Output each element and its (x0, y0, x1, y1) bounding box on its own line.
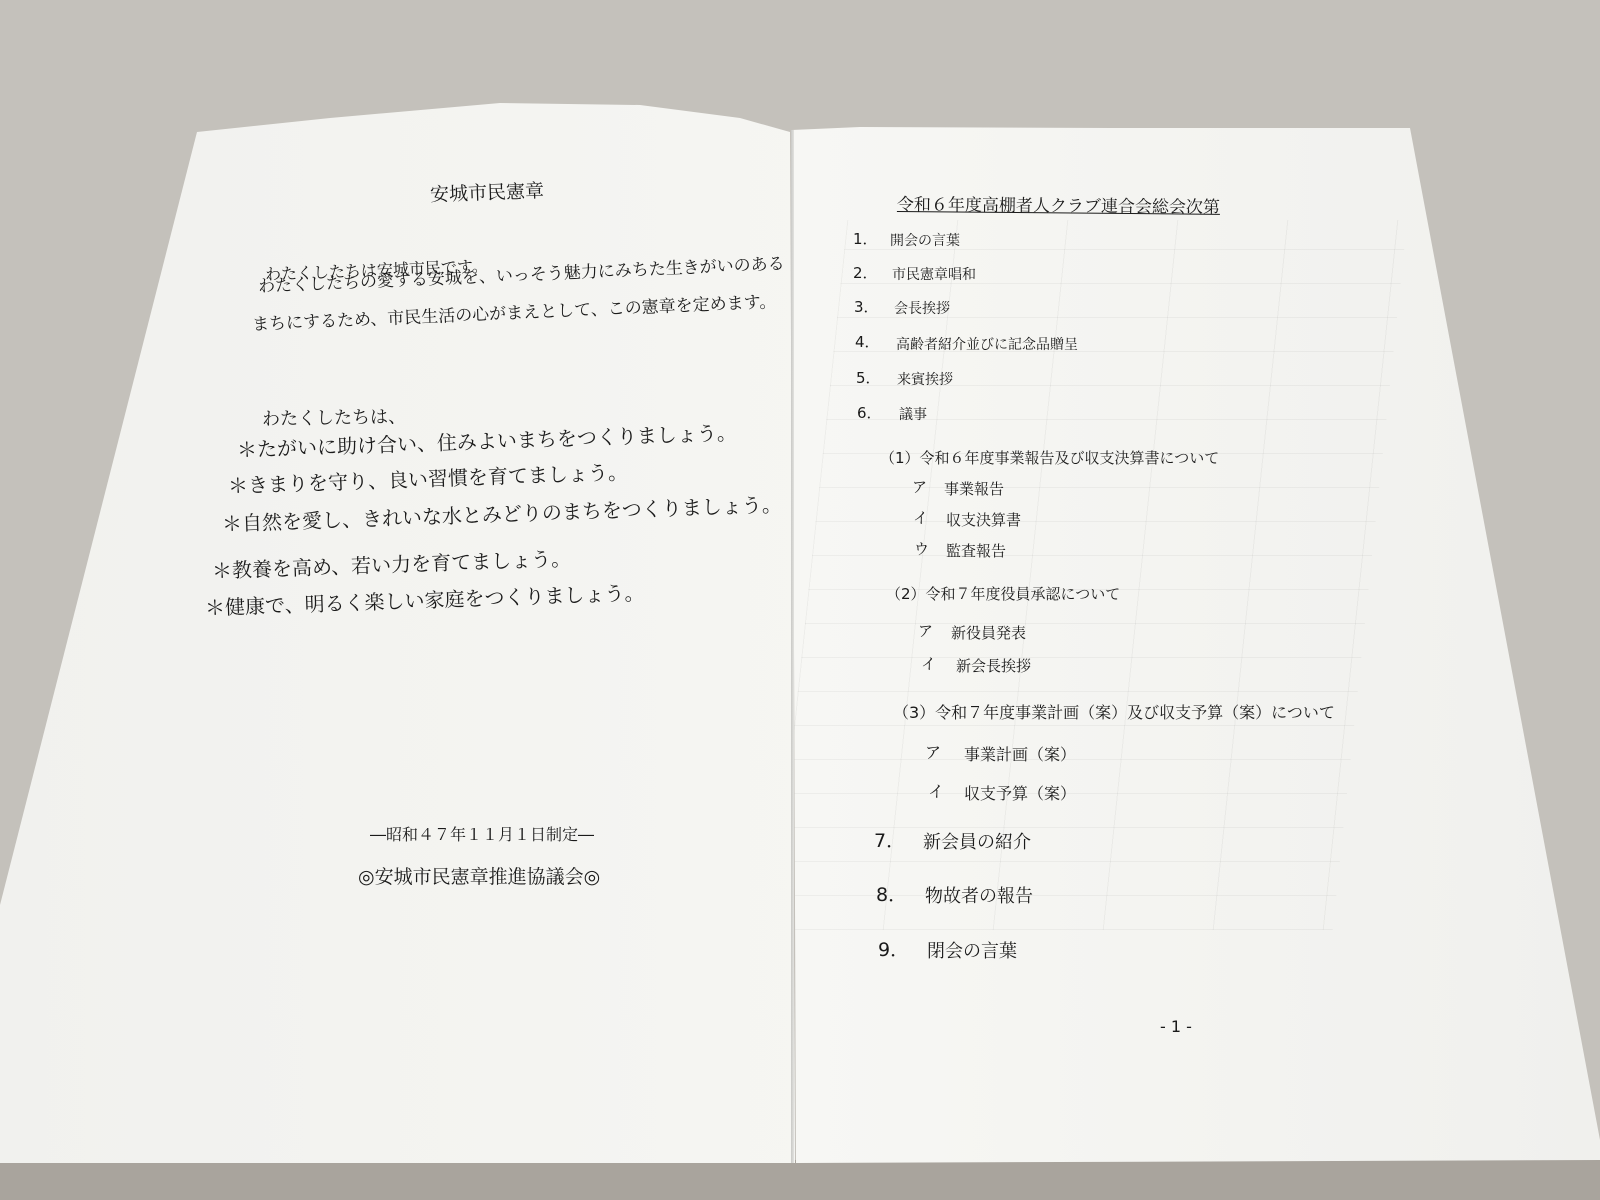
agenda-sub-label: 監査報告 (946, 540, 1006, 561)
agenda-item-number: 3． (854, 296, 879, 317)
agenda-item-label: 新会員の紹介 (923, 828, 1031, 854)
charter-pledge: ＊健康で、明るく楽しい家庭をつくりましょう。 (204, 577, 644, 621)
agenda-sub-mark: ア (912, 476, 927, 497)
agenda-item-number: 8． (876, 880, 907, 907)
agenda-sub-mark: イ (928, 779, 944, 802)
agenda-sub-label: 事業計画（案） (964, 742, 1076, 765)
agenda-item-number: 4． (855, 331, 880, 352)
page-number: - 1 - (1160, 1017, 1192, 1036)
book-spine (791, 130, 794, 1163)
agenda-sub-label: 新役員発表 (951, 622, 1026, 643)
agenda-subheading: （3）令和７年度事業計画（案）及び収支予算（案）について (893, 700, 1335, 723)
agenda-item-label: 会長挨拶 (894, 298, 950, 318)
agenda-sub-label: 収支予算（案） (964, 781, 1076, 804)
agenda-item-number: 1． (853, 228, 878, 249)
charter-pledge: ＊きまりを守り、良い習慣を育てましょう。 (227, 456, 628, 499)
agenda-sub-mark: イ (921, 653, 936, 674)
agenda-item-label: 議事 (899, 404, 927, 424)
agenda-sub-mark: イ (913, 507, 928, 528)
charter-intro-line-3: まちにするため、市民生活の心がまえとして、この憲章を定めます。 (251, 287, 776, 335)
agenda-item-number: 2． (853, 262, 878, 283)
agenda-sub-label: 収支決算書 (946, 509, 1021, 530)
bleed-through-table (773, 220, 1408, 930)
agenda-item-number: 7． (874, 826, 905, 853)
charter-lead: わたくしたちは、 (262, 402, 406, 431)
agenda-item-label: 市民憲章唱和 (892, 264, 976, 284)
agenda-item-number: 5． (856, 367, 881, 388)
agenda-item-number: 6． (857, 402, 882, 423)
desk-surface (0, 1160, 1600, 1200)
organization-name: ◎安城市民憲章推進協議会◎ (358, 862, 600, 889)
agenda-item-label: 高齢者紹介並びに記念品贈呈 (896, 334, 1078, 354)
charter-title: 安城市民憲章 (430, 176, 545, 207)
enacted-date: ―昭和４７年１１月１日制定― (370, 822, 594, 845)
agenda-item-label: 物故者の報告 (925, 882, 1033, 908)
agenda-sub-mark: ア (918, 620, 933, 641)
agenda-subheading: （1）令和６年度事業報告及び収支決算書について (880, 447, 1219, 468)
agenda-item-label: 来賓挨拶 (897, 369, 953, 389)
charter-pledge: ＊教養を高め、若い力を育てましょう。 (211, 542, 571, 584)
agenda-subheading: （2）令和７年度役員承認について (886, 583, 1120, 604)
agenda-sub-mark: ウ (914, 538, 929, 559)
agenda-sub-mark: ア (925, 740, 941, 763)
agenda-item-number: 9． (878, 935, 909, 962)
agenda-item-label: 閉会の言葉 (927, 937, 1017, 963)
agenda-sub-label: 事業報告 (944, 478, 1004, 499)
agenda-sub-label: 新会長挨拶 (956, 655, 1031, 676)
agenda-title: 令和６年度高棚者人クラブ連合会総会次第 (897, 190, 1220, 218)
agenda-item-label: 開会の言葉 (890, 230, 960, 250)
